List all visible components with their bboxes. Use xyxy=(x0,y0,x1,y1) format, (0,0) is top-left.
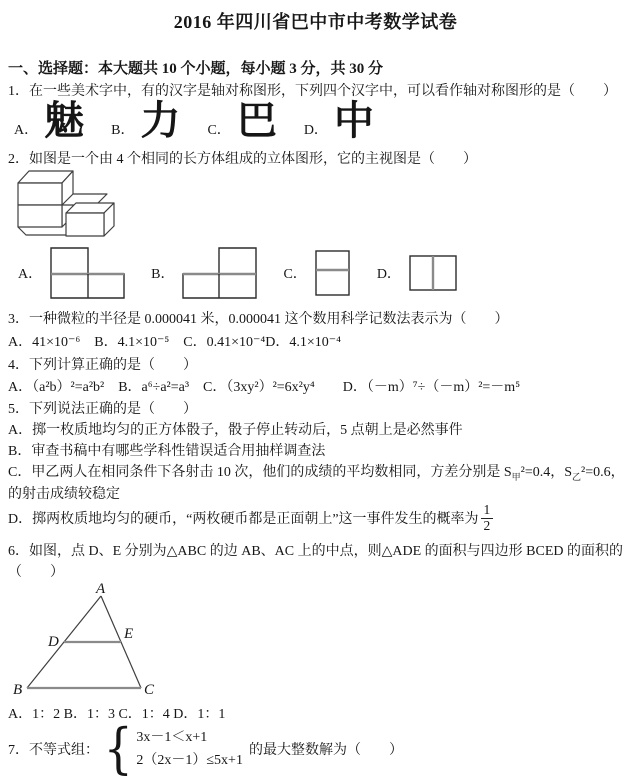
q2-option-b: B． xyxy=(151,247,257,299)
inequality-system: 3x－1＜x+1 2（2x－1）≤5x+1 xyxy=(136,726,243,772)
point-label-e: E xyxy=(123,626,133,642)
q2-option-c-label: C． xyxy=(283,263,306,283)
q1-text: 1．在一些美术字中，有的汉字是轴对称图形，下列四个汉字中，可以看作轴对称图形的是… xyxy=(8,80,617,100)
q5-option-c-line1: C．甲乙两人在相同条件下各射击 10 次，他们的成绩的平均数相同，方差分别是 S… xyxy=(8,461,625,483)
q2-option-a-shape xyxy=(50,247,125,299)
q5-option-b: B．审查书稿中有哪些学科性错误适合用抽样调查法 xyxy=(8,440,325,460)
variance-subscript-yi: 乙 xyxy=(572,472,581,482)
q4-options: A．（a²b）²=a²b² B．a⁶÷a²=a³ C．（3xy²）²=6x²y⁴… xyxy=(8,376,520,396)
q3-options: A．41×10⁻⁶ B．4.1×10⁻⁵ C．0.41×10⁻⁴D．4.1×10… xyxy=(8,331,341,351)
point-label-d: D xyxy=(47,634,59,650)
q5-option-c-pre: C．甲乙两人在相同条件下各射击 10 次，他们的成绩的平均数相同，方差分别是 S xyxy=(8,465,512,480)
page-title: 2016 年四川省巴中市中考数学试卷 xyxy=(0,8,631,34)
q1-option-b: B．力 xyxy=(111,99,180,143)
section-heading: 一、选择题：本大题共 10 个小题，每小题 3 分，共 30 分 xyxy=(8,57,383,78)
q2-option-a-label: A． xyxy=(18,263,42,283)
q6-text-line2: （ ） xyxy=(8,561,64,581)
q2-option-d-shape xyxy=(409,255,457,292)
box-upper-front-face xyxy=(18,183,62,205)
q1-option-d-char: 中 xyxy=(334,99,374,143)
probability-fraction: 12 xyxy=(481,503,494,534)
q1-option-a-label: A． xyxy=(14,119,38,139)
q5-option-d: D．掷两枚质地均匀的硬币，“两枚硬币都是正面朝上”这一事件发生的概率为 12 xyxy=(8,503,493,534)
q1-option-b-label: B． xyxy=(111,119,134,139)
bottom-bevel-edge xyxy=(18,227,66,235)
box-lower-front-face xyxy=(18,205,62,227)
q1-option-c-char: 巴 xyxy=(237,99,277,143)
q5-option-c-line2: 的射击成绩较稳定 xyxy=(8,483,120,503)
fraction-denominator: 2 xyxy=(481,519,494,534)
q2-option-b-label: B． xyxy=(151,263,174,283)
vertex-label-a: A xyxy=(95,582,106,597)
q4-text: 4．下列计算正确的是（ ） xyxy=(8,354,197,374)
q6-text-line1: 6．如图，点 D、E 分别为△ABC 的边 AB、AC 上的中点，则△ADE 的… xyxy=(8,540,623,560)
exam-paper-page: 2016 年四川省巴中市中考数学试卷 一、选择题：本大题共 10 个小题，每小题… xyxy=(0,0,631,779)
q2-option-a: A． xyxy=(18,247,125,299)
q1-option-b-char: 力 xyxy=(140,99,180,143)
q2-option-d-label: D． xyxy=(377,263,401,283)
inequality-1: 3x－1＜x+1 xyxy=(136,726,243,749)
q5-text: 5．下列说法正确的是（ ） xyxy=(8,398,197,418)
fraction-numerator: 1 xyxy=(481,503,494,519)
q2-option-b-shape xyxy=(182,247,257,299)
q1-option-a-char: 魅 xyxy=(44,99,84,143)
vertex-label-c: C xyxy=(144,682,155,698)
q2-option-c: C． xyxy=(283,250,350,296)
q5-option-c-tail: ²=0.6， xyxy=(581,465,625,480)
q2-option-c-shape xyxy=(315,250,351,296)
q2-option-d: D． xyxy=(377,255,457,292)
q1-option-c: C．巴 xyxy=(207,99,276,143)
variance-subscript-jia: 甲 xyxy=(512,472,521,482)
q5-option-d-text: D．掷两枚质地均匀的硬币，“两枚硬币都是正面朝上”这一事件发生的概率为 xyxy=(8,508,479,528)
inequality-2: 2（2x－1）≤5x+1 xyxy=(136,749,243,772)
q7-block: 7．不等式组： { 3x－1＜x+1 2（2x－1）≤5x+1 的最大整数解为（… xyxy=(8,722,403,776)
q1-option-a: A．魅 xyxy=(14,99,84,143)
q5-option-a: A．掷一枚质地均匀的正方体骰子，骰子停止转动后，5 点朝上是必然事件 xyxy=(8,419,463,439)
system-brace: { xyxy=(104,722,133,776)
q1-option-c-label: C． xyxy=(207,119,230,139)
q1-option-d: D．中 xyxy=(304,99,374,143)
q5-option-c-mid: ²=0.4，S xyxy=(521,465,572,480)
vertex-label-b: B xyxy=(13,682,22,698)
triangle-figure: A D E B C xyxy=(12,582,162,702)
q2-options-row: A． B． C． D． xyxy=(18,244,483,302)
q1-options-row: A．魅 B．力 C．巴 D．中 xyxy=(14,99,401,143)
q7-suffix: 的最大整数解为（ ） xyxy=(249,739,403,759)
q3-text: 3．一种微粒的半径是 0.000041 米，0.000041 这个数用科学记数法… xyxy=(8,308,509,328)
q2-text: 2．如图是一个由 4 个相同的长方体组成的立体图形，它的主视图是（ ） xyxy=(8,148,477,168)
q7-prefix: 7．不等式组： xyxy=(8,739,99,759)
right-box-front-face xyxy=(66,213,104,236)
q1-option-d-label: D． xyxy=(304,119,328,139)
stacked-boxes-figure xyxy=(12,166,130,240)
